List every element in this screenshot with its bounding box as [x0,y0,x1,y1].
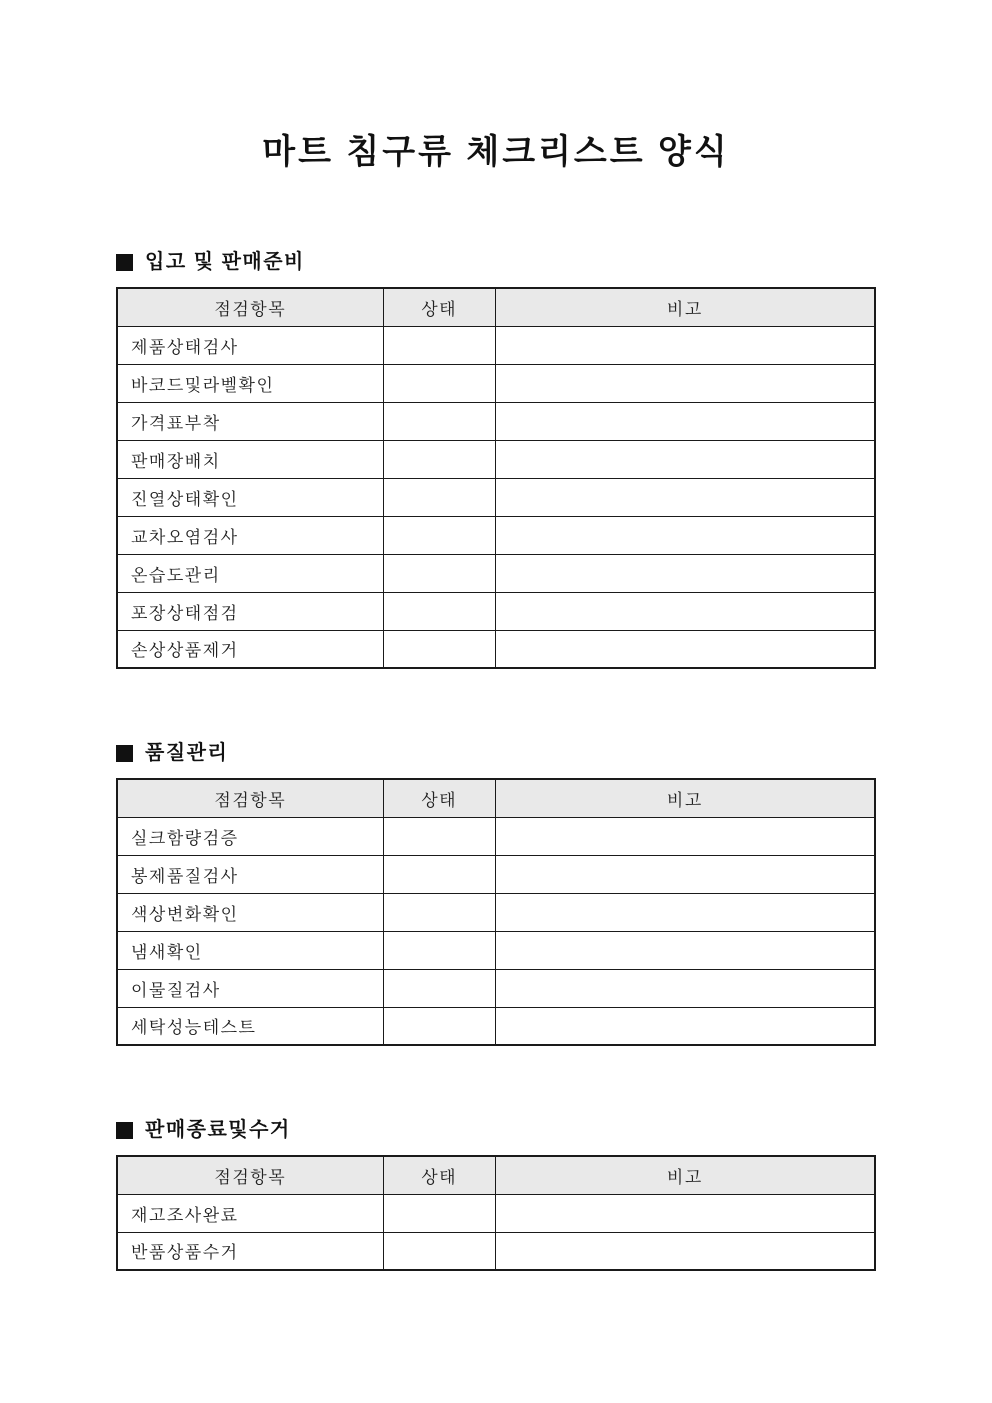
checklist-row: 교차오염검사 [117,516,875,554]
square-bullet-icon [116,254,133,271]
status-cell [383,817,495,855]
note-cell [495,1232,875,1270]
column-header-note: 비고 [495,288,875,326]
item-name-cell: 재고조사완료 [117,1194,383,1232]
page-content: 마트 침구류 체크리스트 양식 입고 및 판매준비 점검항목 상태 비고 제품상… [116,0,876,1271]
note-cell [495,592,875,630]
status-cell [383,855,495,893]
section-heading: 입고 및 판매준비 [116,250,876,274]
note-cell [495,1007,875,1045]
item-name-cell: 제품상태검사 [117,326,383,364]
table-header-row: 점검항목 상태 비고 [117,288,875,326]
square-bullet-icon [116,1122,133,1139]
column-header-item: 점검항목 [117,1156,383,1194]
checklist-row: 진열상태확인 [117,478,875,516]
checklist-row: 세탁성능테스트 [117,1007,875,1045]
checklist-row: 손상상품제거 [117,630,875,668]
item-name-cell: 교차오염검사 [117,516,383,554]
section-heading: 품질관리 [116,741,876,765]
item-name-cell: 포장상태점검 [117,592,383,630]
status-cell [383,364,495,402]
square-bullet-icon [116,745,133,762]
item-name-cell: 가격표부착 [117,402,383,440]
checklist-row: 이물질검사 [117,969,875,1007]
item-name-cell: 봉제품질검사 [117,855,383,893]
item-name-cell: 이물질검사 [117,969,383,1007]
status-cell [383,402,495,440]
checklist-row: 바코드및라벨확인 [117,364,875,402]
sections: 입고 및 판매준비 점검항목 상태 비고 제품상태검사바코드및라벨확인가격표부착… [116,250,876,1271]
table-body: 제품상태검사바코드및라벨확인가격표부착판매장배치진열상태확인교차오염검사온습도관… [117,326,875,668]
note-cell [495,817,875,855]
column-header-status: 상태 [383,288,495,326]
status-cell [383,969,495,1007]
page-title: 마트 침구류 체크리스트 양식 [116,128,876,176]
checklist-section: 입고 및 판매준비 점검항목 상태 비고 제품상태검사바코드및라벨확인가격표부착… [116,250,876,669]
table-header-row: 점검항목 상태 비고 [117,1156,875,1194]
note-cell [495,931,875,969]
checklist-table: 점검항목 상태 비고 제품상태검사바코드및라벨확인가격표부착판매장배치진열상태확… [116,287,876,669]
checklist-row: 재고조사완료 [117,1194,875,1232]
note-cell [495,893,875,931]
item-name-cell: 색상변화확인 [117,893,383,931]
section-heading-text: 판매종료및수거 [145,1118,291,1142]
status-cell [383,931,495,969]
section-heading: 판매종료및수거 [116,1118,876,1142]
status-cell [383,630,495,668]
item-name-cell: 반품상품수거 [117,1232,383,1270]
note-cell [495,402,875,440]
table-body: 실크함량검증봉제품질검사색상변화확인냄새확인이물질검사세탁성능테스트 [117,817,875,1045]
checklist-row: 제품상태검사 [117,326,875,364]
note-cell [495,630,875,668]
status-cell [383,326,495,364]
status-cell [383,592,495,630]
note-cell [495,326,875,364]
column-header-note: 비고 [495,1156,875,1194]
item-name-cell: 진열상태확인 [117,478,383,516]
table-header-row: 점검항목 상태 비고 [117,779,875,817]
checklist-row: 판매장배치 [117,440,875,478]
section-heading-text: 품질관리 [145,741,228,765]
column-header-status: 상태 [383,1156,495,1194]
section-heading-text: 입고 및 판매준비 [145,250,305,274]
checklist-row: 냄새확인 [117,931,875,969]
checklist-row: 온습도관리 [117,554,875,592]
item-name-cell: 바코드및라벨확인 [117,364,383,402]
checklist-table: 점검항목 상태 비고 실크함량검증봉제품질검사색상변화확인냄새확인이물질검사세탁… [116,778,876,1046]
note-cell [495,478,875,516]
item-name-cell: 손상상품제거 [117,630,383,668]
checklist-row: 봉제품질검사 [117,855,875,893]
checklist-table: 점검항목 상태 비고 재고조사완료반품상품수거 [116,1155,876,1271]
table-body: 재고조사완료반품상품수거 [117,1194,875,1270]
status-cell [383,1194,495,1232]
checklist-section: 품질관리 점검항목 상태 비고 실크함량검증봉제품질검사색상변화확인냄새확인이물… [116,741,876,1046]
item-name-cell: 판매장배치 [117,440,383,478]
status-cell [383,1007,495,1045]
note-cell [495,1194,875,1232]
note-cell [495,855,875,893]
status-cell [383,554,495,592]
checklist-row: 반품상품수거 [117,1232,875,1270]
status-cell [383,1232,495,1270]
checklist-row: 가격표부착 [117,402,875,440]
checklist-row: 색상변화확인 [117,893,875,931]
item-name-cell: 냄새확인 [117,931,383,969]
item-name-cell: 실크함량검증 [117,817,383,855]
status-cell [383,478,495,516]
note-cell [495,554,875,592]
document-page: { "title": "마트 침구류 체크리스트 양식", "table_hea… [0,0,992,1403]
status-cell [383,893,495,931]
note-cell [495,516,875,554]
note-cell [495,969,875,1007]
status-cell [383,516,495,554]
note-cell [495,364,875,402]
column-header-item: 점검항목 [117,288,383,326]
checklist-row: 포장상태점검 [117,592,875,630]
column-header-status: 상태 [383,779,495,817]
item-name-cell: 온습도관리 [117,554,383,592]
note-cell [495,440,875,478]
checklist-row: 실크함량검증 [117,817,875,855]
column-header-item: 점검항목 [117,779,383,817]
status-cell [383,440,495,478]
checklist-section: 판매종료및수거 점검항목 상태 비고 재고조사완료반품상품수거 [116,1118,876,1271]
column-header-note: 비고 [495,779,875,817]
item-name-cell: 세탁성능테스트 [117,1007,383,1045]
